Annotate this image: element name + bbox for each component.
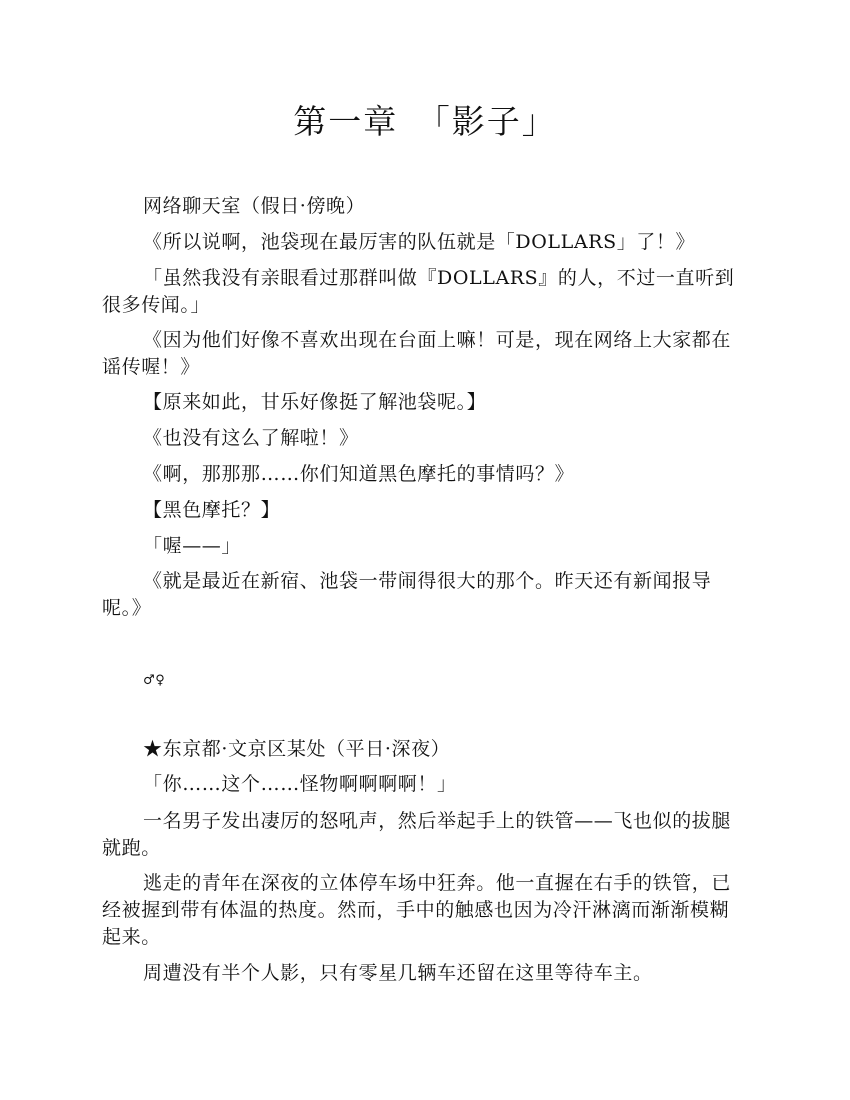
scene-heading: ★东京都·文京区某处（平日·深夜） bbox=[102, 736, 748, 763]
paragraph: 「喔——」 bbox=[102, 533, 748, 560]
paragraph: 《也没有这么了解啦！》 bbox=[102, 425, 748, 452]
paragraph: 「你……这个……怪物啊啊啊啊！」 bbox=[102, 771, 748, 798]
paragraph: 逃走的青年在深夜的立体停车场中狂奔。他一直握在右手的铁管，已经被握到带有体温的热… bbox=[102, 870, 748, 951]
section-divider: ♂♀ bbox=[102, 667, 748, 694]
paragraph: 《啊，那那那……你们知道黑色摩托的事情吗？》 bbox=[102, 461, 748, 488]
paragraph: 「虽然我没有亲眼看过那群叫做『DOLLARS』的人，不过一直听到很多传闻。」 bbox=[102, 265, 748, 319]
paragraph: 网络聊天室（假日·傍晚） bbox=[102, 193, 748, 220]
paragraph: 《就是最近在新宿、池袋一带闹得很大的那个。昨天还有新闻报导呢。》 bbox=[102, 568, 748, 622]
paragraph: 周遭没有半个人影，只有零星几辆车还留在这里等待车主。 bbox=[102, 960, 748, 987]
paragraph: 【黑色摩托？】 bbox=[102, 497, 748, 524]
paragraph: 一名男子发出凄厉的怒吼声，然后举起手上的铁管——飞也似的拔腿就跑。 bbox=[102, 808, 748, 862]
paragraph: 【原来如此，甘乐好像挺了解池袋呢。】 bbox=[102, 389, 748, 416]
paragraph: 《因为他们好像不喜欢出现在台面上嘛！可是，现在网络上大家都在谣传喔！》 bbox=[102, 327, 748, 381]
chapter-title: 第一章 「影子」 bbox=[0, 96, 850, 143]
paragraph: 《所以说啊，池袋现在最厉害的队伍就是「DOLLARS」了！》 bbox=[102, 229, 748, 256]
